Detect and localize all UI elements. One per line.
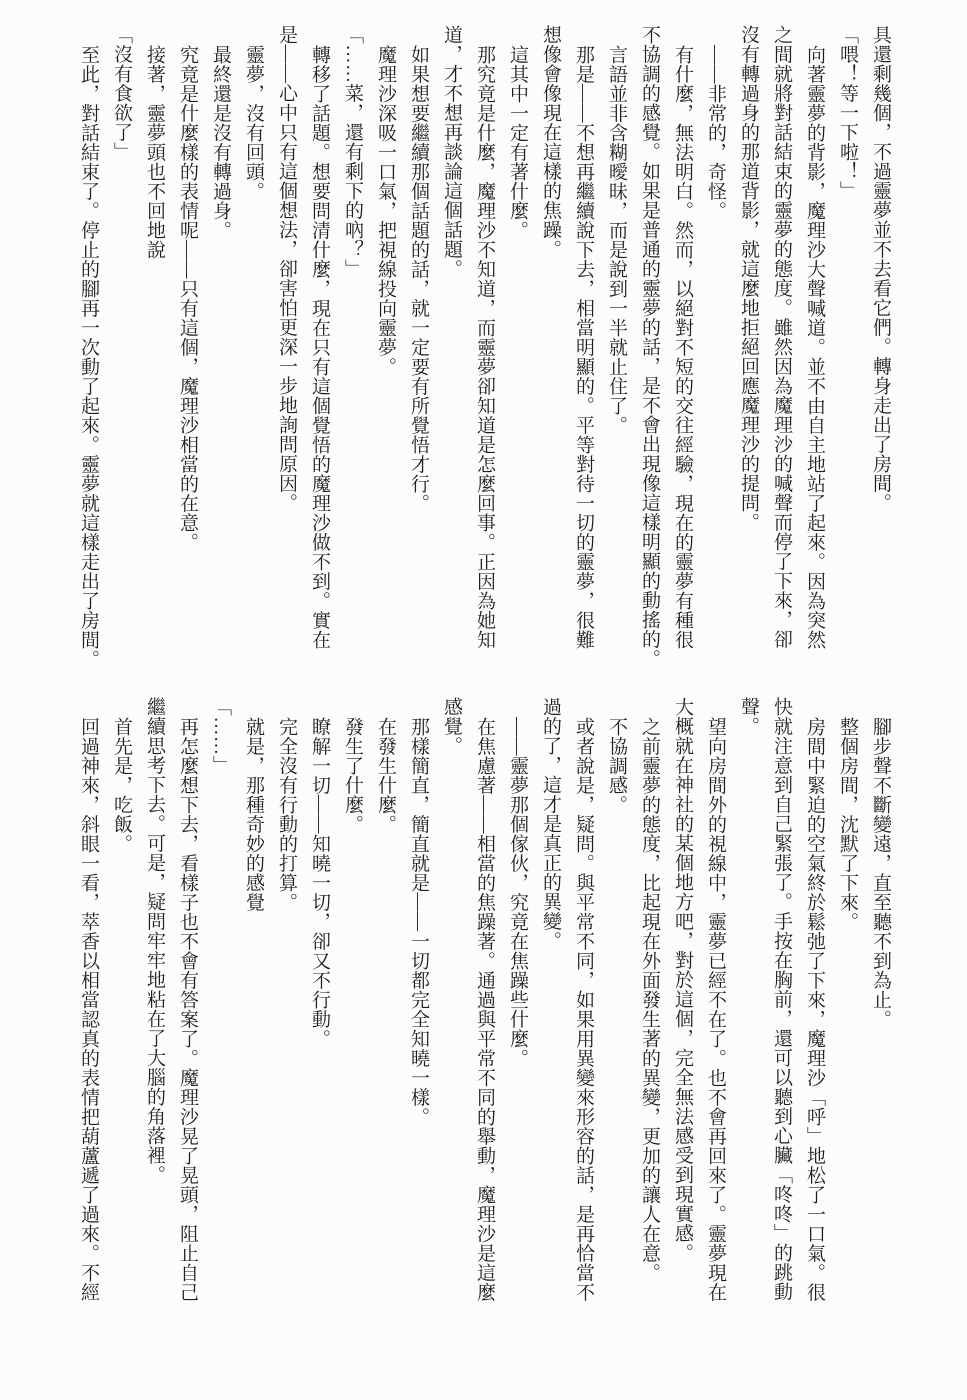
text-column: 具還剩幾個，不過靈夢並不去看它們。轉身走出了房間。	[864, 25, 897, 681]
text-column: 究竟是什麼樣的表情呢——只有這個，魔理沙相當的在意。	[171, 25, 204, 681]
text-column: 轉移了話題。想要問清什麼，現在只有這個覺悟的魔理沙做不到。實在	[303, 25, 336, 681]
text-column: 之前靈夢的態度，比起現在外面發生著的異變，更加的讓人在意。	[633, 697, 666, 1353]
text-column: 再怎麼想下去，看樣子也不會有答案了。魔理沙晃了晃頭，阻止自己	[171, 697, 204, 1353]
text-column: 如果想要繼續那個話題的話，就一定要有所覺悟才行。	[402, 25, 435, 681]
text-column: 言語並非含糊曖昧，而是說到一半就止住了。	[600, 25, 633, 681]
text-column: ——非常的，奇怪。	[699, 25, 732, 681]
text-column: 在發生什麼。	[369, 697, 402, 1353]
text-column: 道，才不想再談論這個話題。	[435, 25, 468, 681]
text-column: 「……菜，還有剩下的吶？」	[336, 25, 369, 681]
text-column: 整個房間，沈默了下來。	[831, 697, 864, 1353]
text-column: 首先是，吃飯。	[105, 697, 138, 1353]
text-column: 接著，靈夢頭也不回地說	[138, 25, 171, 681]
text-column: 靈夢，沒有回頭。	[237, 25, 270, 681]
text-column: 至此，對話結束了。停止的腳再一次動了起來。靈夢就這樣走出了房間。	[72, 25, 105, 681]
text-column: 大概就在神社的某個地方吧，對於這個，完全無法感受到現實感。	[666, 697, 699, 1353]
text-column: 有什麼，無法明白。然而，以絕對不短的交往經驗，現在的靈夢有種很	[666, 25, 699, 681]
text-column: 那究竟是什麼，魔理沙不知道，而靈夢卻知道是怎麼回事。正因為她知	[468, 25, 501, 681]
text-column: 不協調的感覺。如果是普通的靈夢的話，是不會出現像這樣明顯的動搖的。	[633, 25, 666, 681]
text-column: 沒有轉過身的那道背影，就這麼地拒絕回應魔理沙的提問。	[732, 25, 765, 681]
text-column: 之間就將對話結束的靈夢的態度。雖然因為魔理沙的喊聲而停了下來，卻	[765, 25, 798, 681]
text-column: 魔理沙深吸一口氣，把視線投向靈夢。	[369, 25, 402, 681]
novel-page: 具還剩幾個，不過靈夢並不去看它們。轉身走出了房間。「喂！等一下啦！」向著靈夢的背…	[0, 0, 967, 1400]
text-column: 向著靈夢的背影，魔理沙大聲喊道。並不由自主地站了起來。因為突然	[798, 25, 831, 681]
text-column: 感覺。	[435, 697, 468, 1353]
text-column: 房間中緊迫的空氣終於鬆弛了下來，魔理沙「呼」地松了一口氣。很	[798, 697, 831, 1353]
text-column: 完全沒有行動的打算。	[270, 697, 303, 1353]
text-column: 最終還是沒有轉過身。	[204, 25, 237, 681]
text-column: 這其中一定有著什麼。	[501, 25, 534, 681]
text-column: 想像會像現在這樣的焦躁。	[534, 25, 567, 681]
text-column: 瞭解一切——知曉一切，卻又不行動。	[303, 697, 336, 1353]
text-column: 繼續思考下去。可是，疑問牢牢地粘在了大腦的角落裡。	[138, 697, 171, 1353]
text-column: 那樣簡直，簡直就是——一切都完全知曉一樣。	[402, 697, 435, 1353]
text-column: 發生了什麼。	[336, 697, 369, 1353]
text-tier-lower: 腳步聲不斷變遠，直至聽不到為止。整個房間，沈默了下來。房間中緊迫的空氣終於鬆弛了…	[72, 697, 897, 1353]
text-column: 「……」	[204, 697, 237, 1353]
text-column: ——靈夢那個傢伙，究竟在焦躁些什麼。	[501, 697, 534, 1353]
text-column: 腳步聲不斷變遠，直至聽不到為止。	[864, 697, 897, 1353]
text-column: 不協調感。	[600, 697, 633, 1353]
text-column: 望向房間外的視線中，靈夢已經不在了。也不會再回來了。靈夢現在	[699, 697, 732, 1353]
text-column: 過的了，這才是真正的異變。	[534, 697, 567, 1353]
text-column: 那是——不想再繼續說下去，相當明顯的。平等對待一切的靈夢，很難	[567, 25, 600, 681]
text-tier-upper: 具還剩幾個，不過靈夢並不去看它們。轉身走出了房間。「喂！等一下啦！」向著靈夢的背…	[72, 25, 897, 681]
text-column: 「沒有食欲了」	[105, 25, 138, 681]
text-column: 回過神來，斜眼一看，萃香以相當認真的表情把葫蘆遞了過來。不經	[72, 697, 105, 1353]
text-column: 「喂！等一下啦！」	[831, 25, 864, 681]
text-column: 在焦慮著——相當的焦躁著。通過與平常不同的舉動，魔理沙是這麼	[468, 697, 501, 1353]
text-column: 快就注意到自己緊張了。手按在胸前，還可以聽到心臟「咚咚」的跳動	[765, 697, 798, 1353]
text-column: 聲。	[732, 697, 765, 1353]
text-column: 就是，那種奇妙的感覺	[237, 697, 270, 1353]
text-column: 是——心中只有這個想法，卻害怕更深一步地詢問原因。	[270, 25, 303, 681]
text-column: 或者說是，疑問。與平常不同，如果用異變來形容的話，是再恰當不	[567, 697, 600, 1353]
